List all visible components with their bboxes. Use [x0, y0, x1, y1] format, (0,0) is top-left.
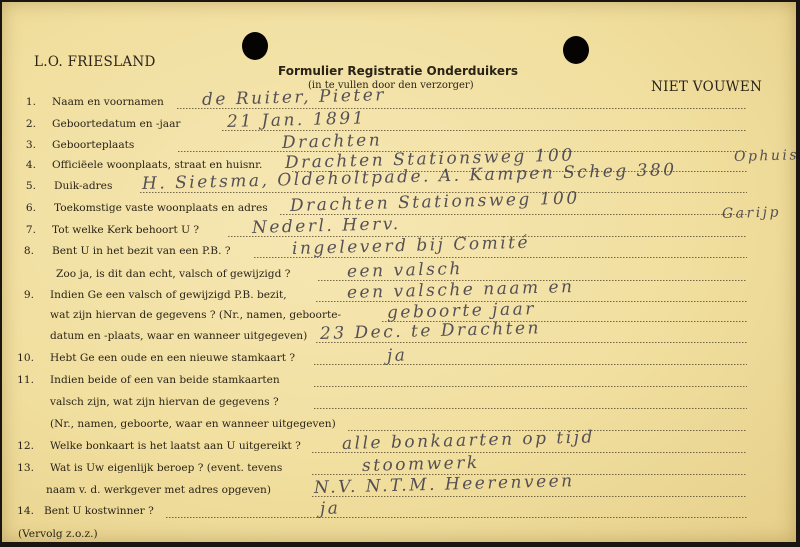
question-row: naam v. d. werkgever met adres opgeven)N… — [2, 484, 792, 502]
answer-line — [314, 408, 747, 409]
question-label: Hebt Ge een oude en een nieuwe stamkaart… — [50, 352, 295, 364]
question-row: 14.Bent U kostwinner ?ja — [2, 505, 792, 523]
question-label: Officiëele woonplaats, straat en huisnr. — [52, 159, 262, 171]
question-label: wat zijn hiervan de gegevens ? (Nr., nam… — [50, 309, 341, 321]
handwritten-answer: Nederl. Herv. — [252, 214, 401, 238]
continued-overleaf-note: (Vervolg z.o.z.) — [18, 528, 98, 540]
handwritten-answer: 21 Jan. 1891 — [227, 108, 366, 132]
question-label: naam v. d. werkgever met adres opgeven) — [46, 484, 271, 496]
handwritten-answer: de Ruiter, Pieter — [202, 85, 386, 110]
question-number: 7. — [12, 224, 36, 236]
question-label: Welke bonkaart is het laatst aan U uitge… — [50, 440, 301, 452]
question-label: valsch zijn, wat zijn hiervan de gegeven… — [50, 396, 279, 408]
punch-hole-right — [563, 36, 589, 64]
question-label: Indien beide of een van beide stamkaarte… — [50, 374, 280, 386]
question-label: Indien Ge een valsch of gewijzigd P.B. b… — [50, 289, 287, 301]
answer-line — [314, 386, 747, 387]
question-label: Zoo ja, is dit dan echt, valsch of gewij… — [56, 268, 290, 280]
question-label: Tot welke Kerk behoort U ? — [52, 224, 199, 236]
answer-line — [314, 364, 747, 365]
question-label: Duik-adres — [54, 180, 112, 192]
handwritten-answer: Drachten — [282, 130, 383, 153]
question-row: valsch zijn, wat zijn hiervan de gegeven… — [2, 396, 792, 414]
question-row: 2.Geboortedatum en -jaar21 Jan. 1891 — [2, 118, 792, 136]
question-label: Wat is Uw eigenlijk beroep ? (event. tev… — [50, 462, 282, 474]
form-title: Formulier Registratie Onderduikers — [278, 64, 518, 78]
question-label: (Nr., namen, geboorte, waar en wanneer u… — [50, 418, 336, 430]
handwritten-answer: een valsch — [347, 259, 463, 282]
question-label: Geboortedatum en -jaar — [52, 118, 180, 130]
answer-line — [166, 517, 747, 518]
question-row: 10.Hebt Ge een oude en een nieuwe stamka… — [2, 352, 792, 370]
question-number: 9. — [10, 289, 34, 301]
handwritten-answer: ja — [320, 498, 341, 519]
registration-card: L.O. FRIESLAND Formulier Registratie Ond… — [2, 2, 796, 542]
handwritten-answer: stoomwerk — [362, 453, 480, 476]
question-number: 5. — [12, 180, 36, 192]
question-number: 11. — [10, 374, 34, 386]
question-number: 12. — [10, 440, 34, 452]
question-label: Toekomstige vaste woonplaats en adres — [54, 202, 268, 214]
question-number: 1. — [12, 96, 36, 108]
question-number: 2. — [12, 118, 36, 130]
question-label: datum en -plaats, waar en wanneer uitgeg… — [50, 330, 307, 342]
question-number: 8. — [10, 245, 34, 257]
question-label: Bent U in het bezit van een P.B. ? — [52, 245, 231, 257]
handwritten-answer: ja — [387, 345, 408, 366]
question-number: 14. — [10, 505, 34, 517]
question-label: Geboorteplaats — [52, 139, 134, 151]
question-row: 1.Naam en voornamende Ruiter, Pieter — [2, 96, 792, 114]
question-label: Naam en voornamen — [52, 96, 164, 108]
do-not-fold-notice: NIET VOUWEN — [651, 79, 762, 95]
question-number: 6. — [12, 202, 36, 214]
question-number: 10. — [10, 352, 34, 364]
answer-line — [222, 130, 747, 131]
punch-hole-left — [242, 32, 268, 60]
question-number: 13. — [10, 462, 34, 474]
handwritten-margin-note: Garijp — [722, 204, 781, 222]
question-number: 4. — [12, 159, 36, 171]
question-number: 3. — [12, 139, 36, 151]
question-label: Bent U kostwinner ? — [44, 505, 154, 517]
question-row: 11.Indien beide of een van beide stamkaa… — [2, 374, 792, 392]
organization-label: L.O. FRIESLAND — [34, 54, 156, 70]
handwritten-margin-note: Ophuis — [734, 147, 800, 165]
